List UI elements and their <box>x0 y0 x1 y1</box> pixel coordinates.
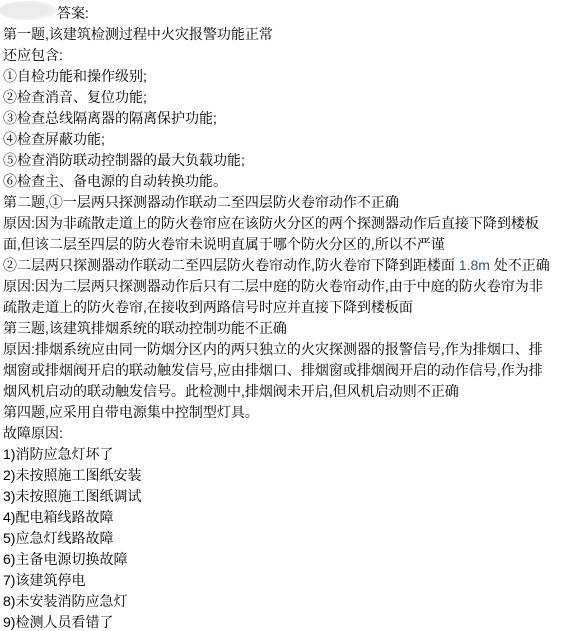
q2-reason1-line: 原因:因为非疏散走道上的防火卷帘应在该防火分区的两个探测器动作后直接下降到楼板 <box>3 213 574 234</box>
fault-item: 6)主备电源切换故障 <box>3 549 574 570</box>
q4-head: 第四题,应采用自带电源集中控制型灯具。 <box>3 402 574 423</box>
q1-check-item: ⑤检查消防联动控制器的最大负载功能; <box>3 150 574 171</box>
q1-check-item: ①自检功能和操作级别; <box>3 66 574 87</box>
answer-heading: 答案: <box>57 5 89 21</box>
q1-check-item: ⑥检查主、备电源的自动转换功能。 <box>3 171 574 192</box>
q3-reason-line: 原因:排烟系统应由同一防烟分区内的两只独立的火灾探测器的报警信号,作为排烟口、排 <box>3 339 574 360</box>
q3-reason-line: 烟风机启动的联动触发信号。此检测中,排烟阀未开启,但风机启动则不正确 <box>3 381 574 402</box>
fault-item: 9)检测人员看错了 <box>3 612 574 631</box>
erased-smudge <box>0 1 56 20</box>
fault-item: 8)未安装消防应急灯 <box>3 591 574 612</box>
q1-check-item: ②检查消音、复位功能; <box>3 87 574 108</box>
q2-reason1-line: 面,但该二层至四层的防火卷帘未说明直属于哪个防火分区的,所以不严谨 <box>3 234 574 255</box>
q2-point2-post: 处不正确 <box>490 257 550 273</box>
q1-include-note: 还应包含: <box>3 45 574 66</box>
q2-reason2-line: 疏散走道上的防火卷帘,在接收到两路信号时应并直接下降到楼板面 <box>3 297 574 318</box>
q3-head: 第三题,该建筑排烟系统的联动控制功能不正确 <box>3 318 574 339</box>
q2-point2-line: ②二层两只探测器动作联动二至四层防火卷帘动作,防火卷帘下降到距楼面 1.8m 处… <box>3 255 574 276</box>
fault-item: 5)应急灯线路故障 <box>3 528 574 549</box>
fault-item: 4)配电箱线路故障 <box>3 507 574 528</box>
q3-reason-line: 烟窗或排烟阀开启的联动触发信号,应由排烟口、排烟窗或排烟阀开启的动作信号,作为排 <box>3 360 574 381</box>
q2-point2-pre: ②二层两只探测器动作联动二至四层防火卷帘动作,防火卷帘下降到距楼面 <box>3 257 459 273</box>
q2-point2-measure: 1.8m <box>459 257 490 273</box>
q1-check-item: ③检查总线隔离器的隔离保护功能; <box>3 108 574 129</box>
q1-statement: 第一题,该建筑检测过程中火灾报警功能正常 <box>3 24 574 45</box>
q2-head: 第二题,①一层两只探测器动作联动二至四层防火卷帘动作不正确 <box>3 192 574 213</box>
fault-item: 2)未按照施工图纸安装 <box>3 465 574 486</box>
answer-heading-line: 答案: <box>3 3 574 24</box>
fault-item: 1)消防应急灯坏了 <box>3 444 574 465</box>
fault-item: 7)该建筑停电 <box>3 570 574 591</box>
fault-item: 3)未按照施工图纸调试 <box>3 486 574 507</box>
fault-heading: 故障原因: <box>3 423 574 444</box>
document-page: 答案: 第一题,该建筑检测过程中火灾报警功能正常 还应包含: ①自检功能和操作级… <box>0 0 574 631</box>
q1-check-item: ④检查屏蔽功能; <box>3 129 574 150</box>
q2-reason2-line: 原因:因为二层两只探测器动作后只有二层中庭的防火卷帘动作,由于中庭的防火卷帘为非 <box>3 276 574 297</box>
